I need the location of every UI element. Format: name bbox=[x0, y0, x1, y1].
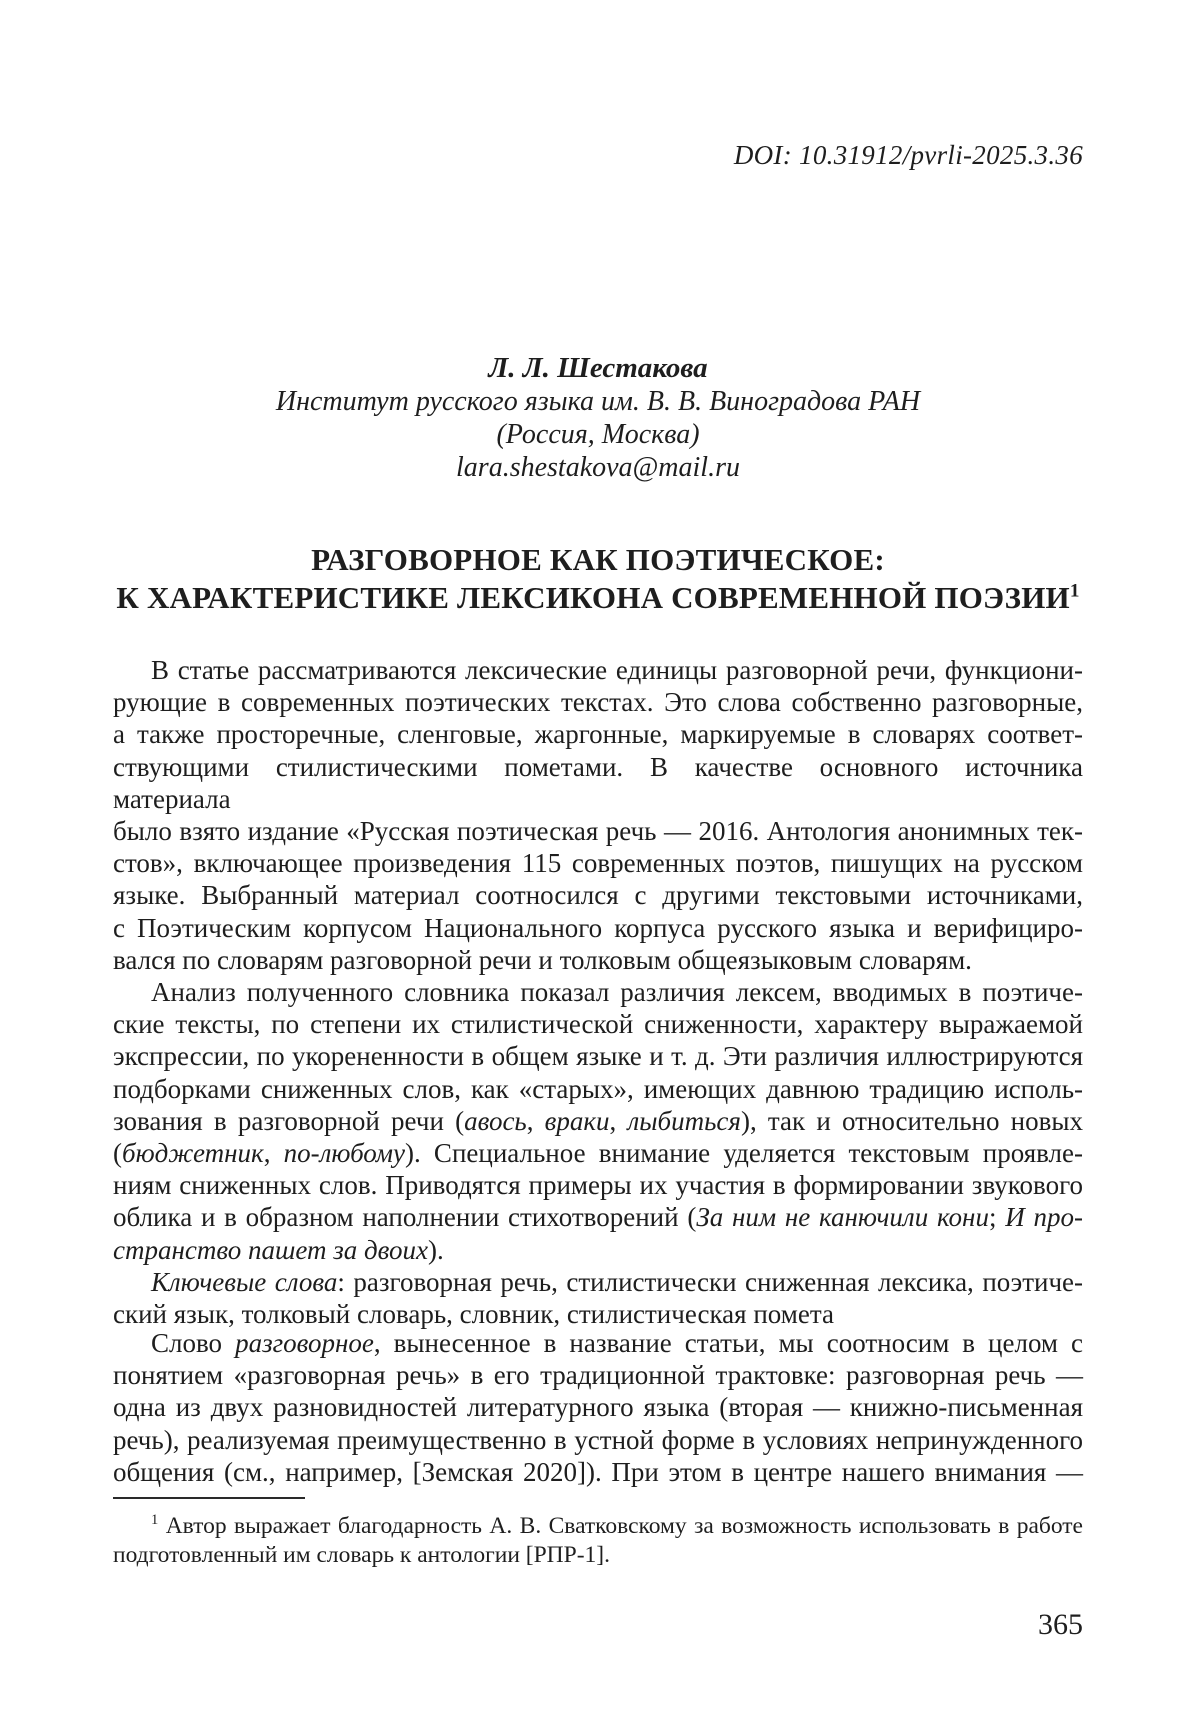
text-line: понятием «разговорная речь» в его традиц… bbox=[113, 1359, 1083, 1391]
author-affiliation: Институт русского языка им. В. В. Виногр… bbox=[113, 385, 1083, 418]
text-line: Ключевые слова: разговорная речь, стилис… bbox=[113, 1266, 1083, 1298]
text-line: 1 Автор выражает благодарность А. В. Сва… bbox=[113, 1512, 1083, 1541]
text-line: речь), реализуемая преимущественно в уст… bbox=[113, 1424, 1083, 1456]
body-paragraph-1: Слово разговорное, вынесенное в название… bbox=[113, 1327, 1083, 1488]
article-title-line1: РАЗГОВОРНОЕ КАК ПОЭТИЧЕСКОЕ: bbox=[113, 541, 1083, 579]
author-email: lara.shestakova@mail.ru bbox=[113, 451, 1083, 484]
doi: DOI: 10.31912/pvrli-2025.3.36 bbox=[113, 140, 1083, 171]
text-line: ский язык, толковый словарь, словник, ст… bbox=[113, 1298, 1083, 1330]
text-line: подготовленный им словарь к антологии [Р… bbox=[113, 1541, 1083, 1570]
text-line: стов», включающее произведения 115 совре… bbox=[113, 847, 1083, 879]
text-line: ниям сниженных слов. Приводятся примеры … bbox=[113, 1169, 1083, 1201]
text-line: с Поэтическим корпусом Национального кор… bbox=[113, 912, 1083, 944]
author-name: Л. Л. Шестакова bbox=[113, 352, 1083, 385]
text-line: Анализ полученного словника показал разл… bbox=[113, 976, 1083, 1008]
title-footnote-ref: 1 bbox=[1070, 581, 1080, 602]
text-line: (бюджетник, по-любому). Специальное вним… bbox=[113, 1137, 1083, 1169]
text-line: общения (см., например, [Земская 2020]).… bbox=[113, 1456, 1083, 1488]
footnote: 1 Автор выражает благодарность А. В. Сва… bbox=[113, 1512, 1083, 1570]
author-block: Л. Л. Шестакова Институт русского языка … bbox=[113, 352, 1083, 484]
paper-page: DOI: 10.31912/pvrli-2025.3.36 Л. Л. Шест… bbox=[0, 0, 1200, 1710]
footnote-rule bbox=[113, 1497, 305, 1499]
author-location: (Россия, Москва) bbox=[113, 418, 1083, 451]
abstract: В статье рассматриваются лексические еди… bbox=[113, 654, 1083, 1330]
text-line: одна из двух разновидностей литературног… bbox=[113, 1391, 1083, 1423]
text-line: было взято издание «Русская поэтическая … bbox=[113, 815, 1083, 847]
article-title-line2: К ХАРАКТЕРИСТИКЕ ЛЕКСИКОНА СОВРЕМЕННОЙ П… bbox=[113, 579, 1083, 617]
text-line: облика и в образном наполнении стихотвор… bbox=[113, 1201, 1083, 1233]
abstract-paragraph-2: Анализ полученного словника показал разл… bbox=[113, 976, 1083, 1266]
article-title: РАЗГОВОРНОЕ КАК ПОЭТИЧЕСКОЕ: К ХАРАКТЕРИ… bbox=[113, 541, 1083, 617]
text-line: В статье рассматриваются лексические еди… bbox=[113, 654, 1083, 686]
text-line: ские тексты, по степени их стилистическо… bbox=[113, 1008, 1083, 1040]
text-line: вался по словарям разговорной речи и тол… bbox=[113, 944, 1083, 976]
text-line: странство пашет за двоих). bbox=[113, 1234, 1083, 1266]
keywords-paragraph: Ключевые слова: разговорная речь, стилис… bbox=[113, 1266, 1083, 1330]
text-line: а также просторечные, сленговые, жаргонн… bbox=[113, 718, 1083, 750]
text-line: языке. Выбранный материал соотносился с … bbox=[113, 879, 1083, 911]
text-line: Слово разговорное, вынесенное в название… bbox=[113, 1327, 1083, 1359]
text-line: подборками сниженных слов, как «старых»,… bbox=[113, 1073, 1083, 1105]
text-line: экспрессии, по укорененности в общем язы… bbox=[113, 1040, 1083, 1072]
text-line: зования в разговорной речи (авось, враки… bbox=[113, 1105, 1083, 1137]
text-line: ствующими стилистическими пометами. В ка… bbox=[113, 751, 1083, 815]
page-number: 365 bbox=[113, 1608, 1083, 1642]
text-line: рующие в современных поэтических текстах… bbox=[113, 686, 1083, 718]
body-text: Слово разговорное, вынесенное в название… bbox=[113, 1327, 1083, 1488]
abstract-paragraph-1: В статье рассматриваются лексические еди… bbox=[113, 654, 1083, 976]
